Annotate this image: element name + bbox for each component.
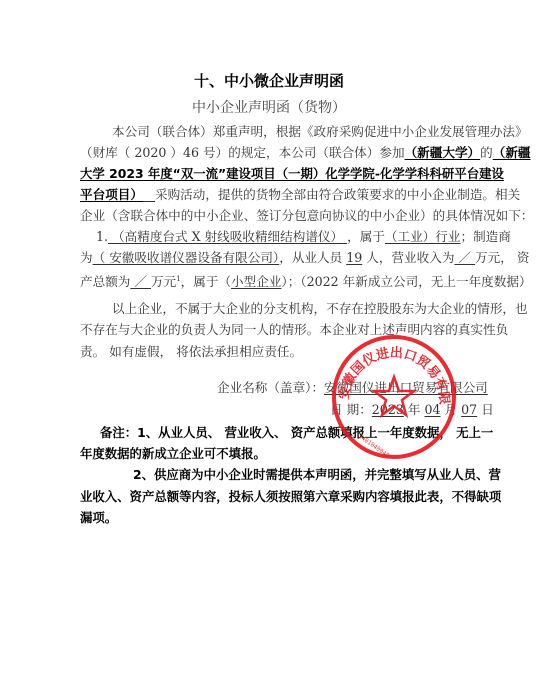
- text: 日: [481, 402, 494, 417]
- company-seal-stamp: 安徽国仪进出口贸易有限公司 3401040048: [330, 333, 458, 461]
- text: 的: [480, 145, 493, 160]
- text: 人，营业收入为: [366, 250, 454, 265]
- note2-line2: 业收入、资产总额等内容，投标人须按照第六章采购内容填报此表，不得缺项: [80, 489, 501, 505]
- staff-count: 19: [346, 250, 362, 265]
- enterprise-type: 小型企业: [231, 274, 281, 289]
- item1-line2: 为（ 安徽吸收谱仪器设备有限公司），从业人员 19 人，营业收入为 ／ 万元， …: [80, 250, 529, 266]
- project-name: 大学 2023 年度“双一流”建设项目（一期）化学学院-化学学科科研平台建设: [80, 166, 504, 182]
- note1-line2: 年度数据的新成立企业可不填报。: [80, 446, 266, 462]
- text: ，属于（: [181, 274, 231, 289]
- text: ，属于: [347, 229, 385, 244]
- text: 年: [408, 402, 421, 417]
- assets-value: ／: [134, 274, 147, 289]
- text: ；制造商: [460, 229, 510, 244]
- text: 为: [80, 250, 93, 265]
- date-day: 07: [461, 402, 477, 417]
- page-title: 十、中小微企业声明函: [0, 70, 538, 91]
- revenue: ／: [454, 250, 475, 265]
- item-number: 1.: [96, 229, 108, 244]
- para2-line2: 不存在与大企业的负责人为同一人的情形。本企业对上述声明内容的真实性负: [80, 322, 508, 338]
- text: ，从业人员: [279, 250, 342, 265]
- text: 万元， 资: [475, 250, 529, 265]
- date-month: 04: [424, 402, 440, 417]
- item1-line1: 1. （高精度台式 X 射线吸收精细结构谱仪） ，属于（工业）行业；制造商: [96, 229, 511, 245]
- company-name: 安徽国仪进出口贸易有限公司: [324, 380, 488, 395]
- text: 采购活动，提供的货物全部由符合政策要求的中小企业制造。相关: [155, 187, 520, 202]
- para1-line4: 平台项目） 采购活动，提供的货物全部由符合政策要求的中小企业制造。相关: [80, 187, 520, 203]
- project-name-end: 平台项目）: [80, 187, 143, 202]
- date-year: 2023: [372, 402, 404, 417]
- text: 万元: [151, 274, 176, 289]
- goods-name: （高精度台式 X 射线吸收精细结构谱仪）: [108, 229, 347, 244]
- para2-line1: 以上企业，不属于大企业的分支机构，不存在控股股东为大企业的情形，也: [112, 301, 528, 317]
- para1-line5: 企业（含联合体中的中小企业、签订分包意向协议的中小企业）的具体情况如下：: [80, 208, 533, 224]
- project-name-start: （新疆: [493, 145, 531, 160]
- note2-line3: 漏项。: [80, 510, 117, 526]
- date-label: 日 期：: [330, 402, 372, 417]
- para1-line2: （财库（ 2020 ）46 号）的规定，本公司（联合体）参加（新疆大学）的（新疆: [80, 145, 531, 161]
- text: 月: [445, 402, 458, 417]
- para2-line3: 责。 如有虚假， 将依法承担相应责任。: [80, 344, 302, 360]
- revenue-value: ／: [458, 250, 471, 265]
- page-subtitle: 中小企业声明函（货物）: [0, 97, 538, 117]
- signature-date: 日 期：2023 年 04 月 07 日: [330, 402, 494, 418]
- note2-line1: 2、供应商为中小企业时需提供本声明函，并完整填写从业人员、营: [133, 467, 501, 483]
- company-label: 企业名称（盖章）：: [217, 380, 324, 395]
- para1-line1: 本公司（联合体）郑重声明，根据《政府采购促进中小企业发展管理办法》: [112, 124, 528, 140]
- manufacturer: （ 安徽吸收谱仪器设备有限公司）: [93, 250, 280, 265]
- text: 产总额为: [80, 274, 130, 289]
- item1-line3: 产总额为 ／ 万元1，属于（小型企业）；（2022 年新成立公司，无上一年度数据…: [80, 271, 532, 290]
- buyer-name: （新疆大学）: [405, 145, 481, 160]
- industry: （工业）行业: [385, 229, 461, 244]
- signature-company: 企业名称（盖章）：安徽国仪进出口贸易有限公司: [217, 380, 488, 396]
- goods-name-text: （高精度台式 X 射线吸收精细结构谱仪）: [112, 229, 343, 244]
- assets: ／: [130, 274, 151, 289]
- note1-line1: 备注：1、从业人员、 营业收入、 资产总额填报上一年度数据， 无上一: [100, 425, 493, 441]
- text: ）；（2022 年新成立公司，无上一年度数据）: [281, 274, 531, 289]
- text: （财库（ 2020 ）46 号）的规定，本公司（联合体）参加: [80, 145, 405, 160]
